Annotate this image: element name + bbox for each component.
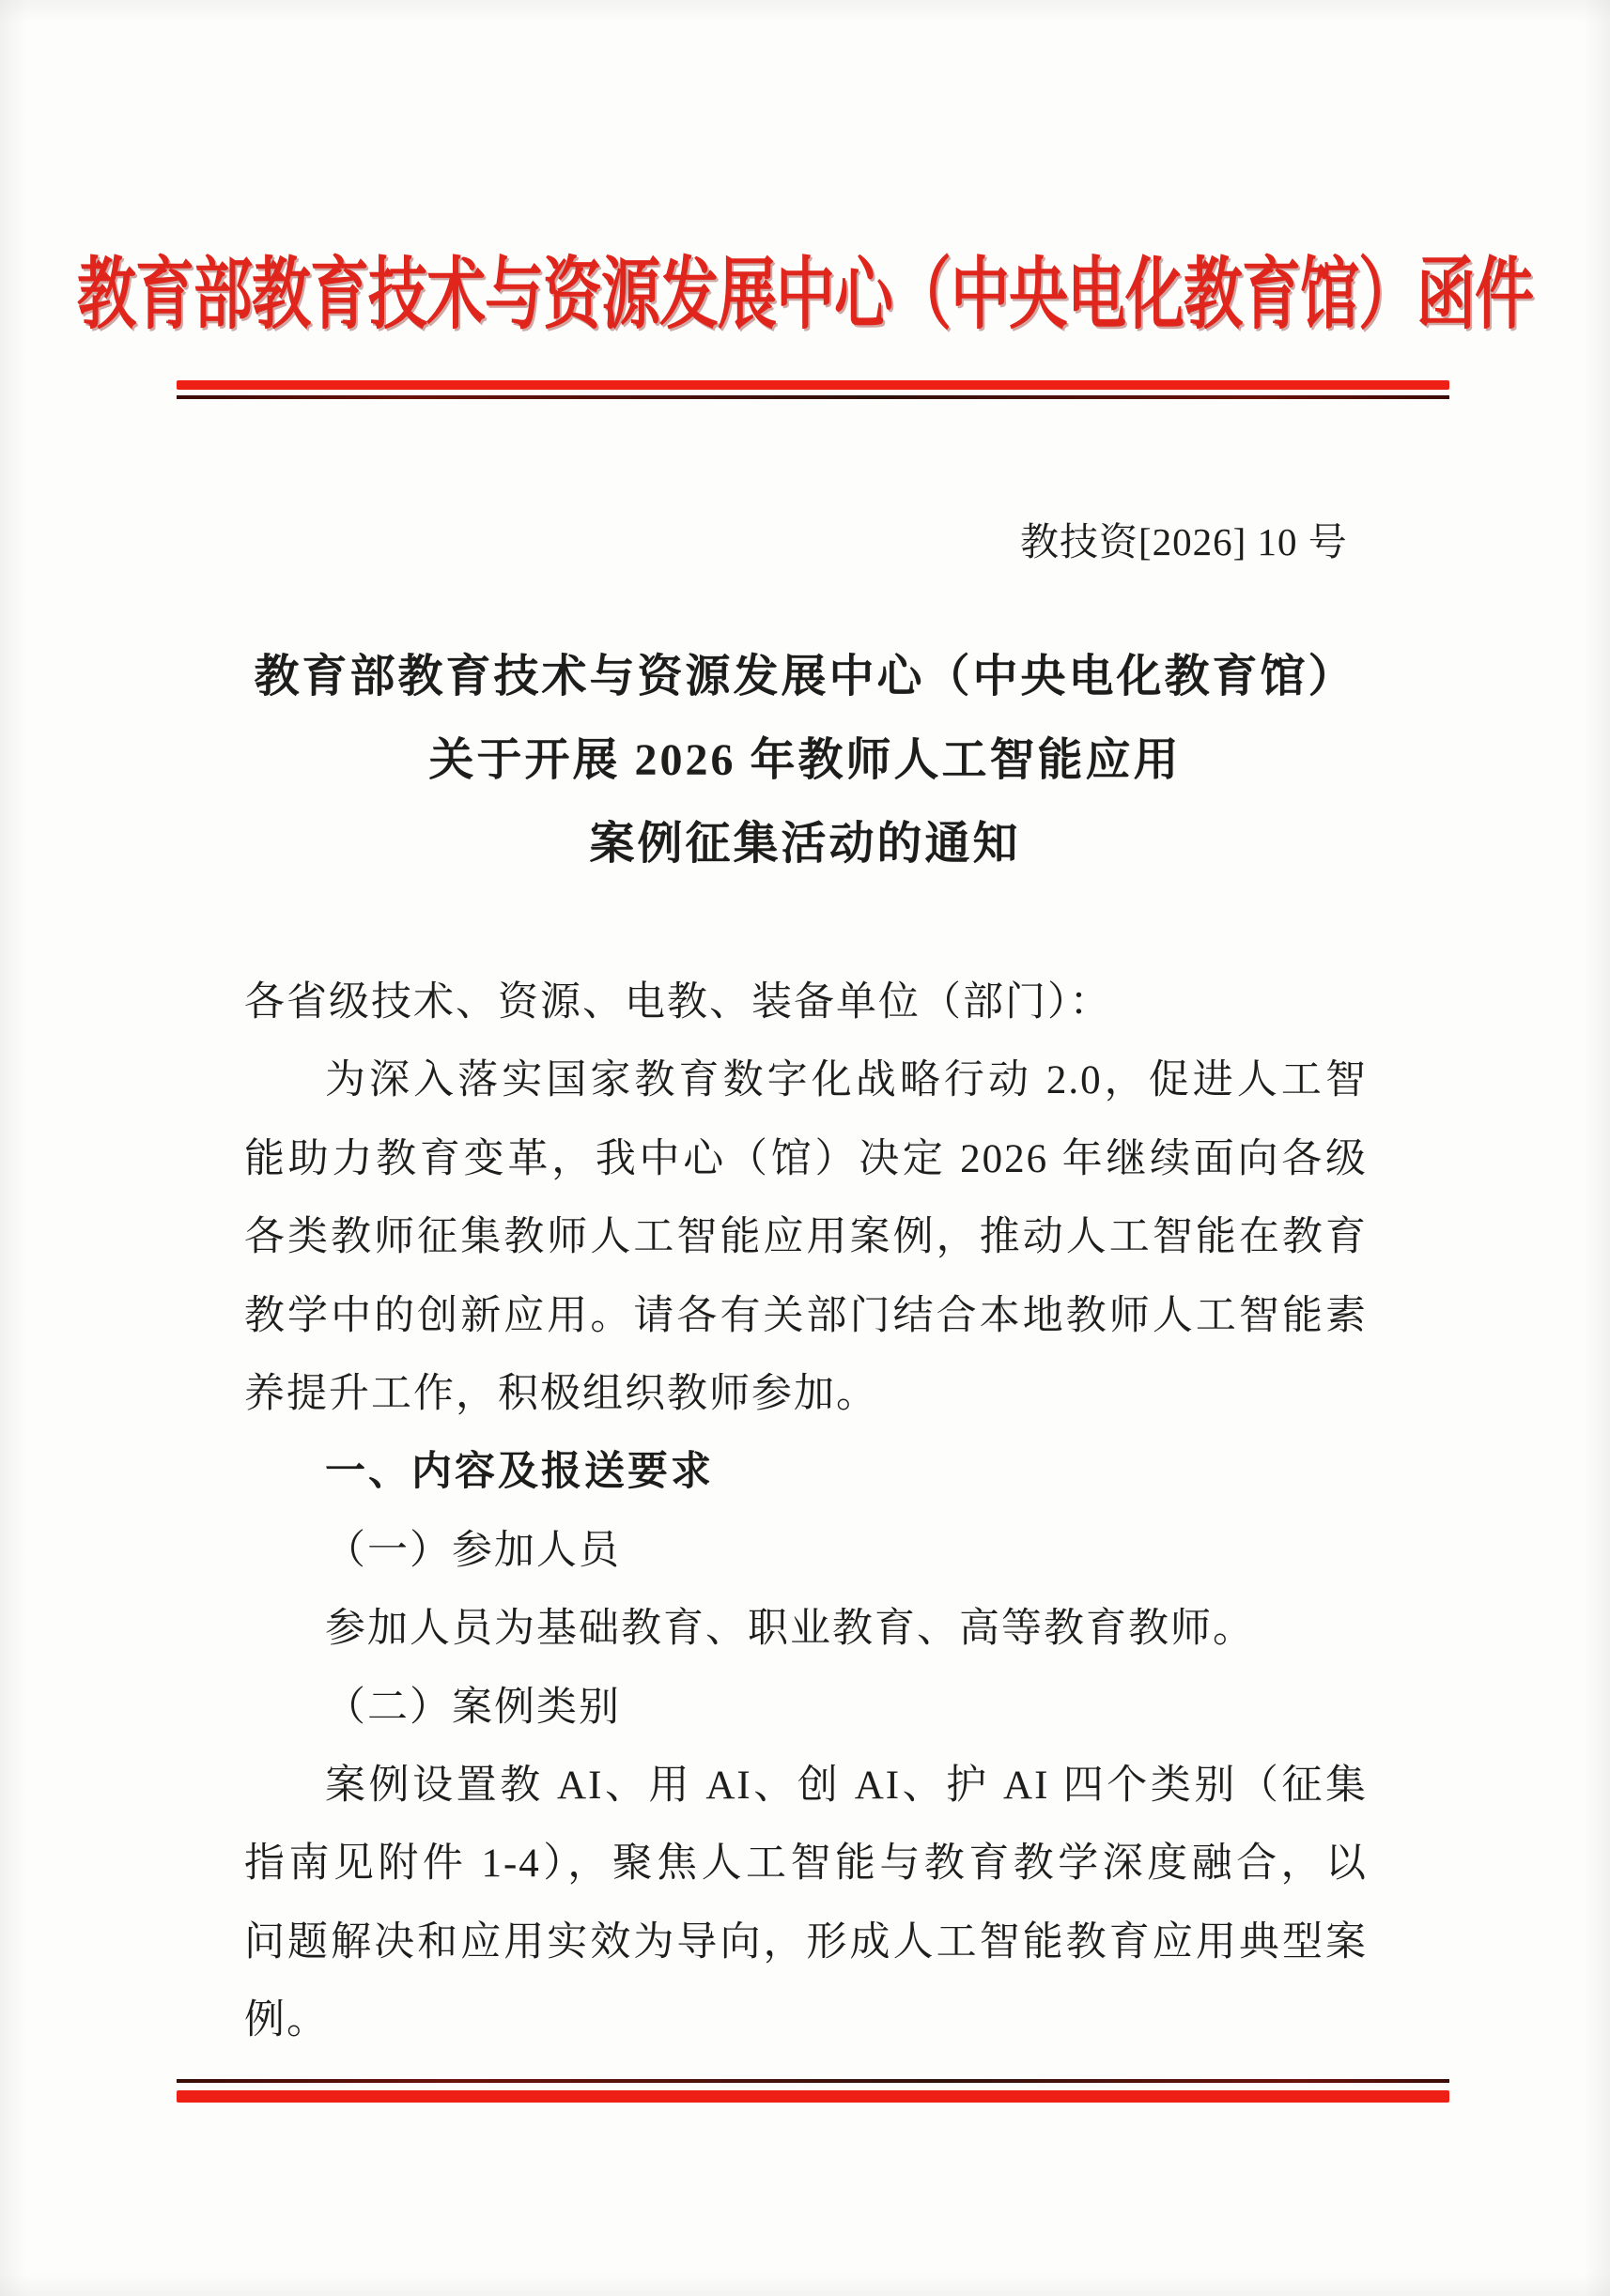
section-heading: 一、内容及报送要求 <box>244 1433 1368 1511</box>
document-title: 教育部教育技术与资源发展中心（中央电化教育馆） 关于开展 2026 年教师人工智… <box>0 635 1610 886</box>
body-line: 各类教师征集教师人工智能应用案例，推动人工智能在教育 <box>244 1198 1368 1276</box>
body-line: 为深入落实国家教育数字化战略行动 2.0，促进人工智 <box>244 1041 1368 1119</box>
footer-rule-thick <box>177 2090 1449 2103</box>
document-number: 教技资[2026] 10 号 <box>1020 511 1348 566</box>
letterhead-rule-thin <box>177 395 1449 399</box>
letterhead-title: 教育部教育技术与资源发展中心（中央电化教育馆）函件 <box>0 231 1610 345</box>
body-line: 各省级技术、资源、电教、装备单位（部门）： <box>244 963 1368 1041</box>
body-line: 参加人员为基础教育、职业教育、高等教育教师。 <box>244 1590 1368 1668</box>
body-line: 能助力教育变革，我中心（馆）决定 2026 年继续面向各级 <box>244 1120 1368 1198</box>
document-title-line-1: 教育部教育技术与资源发展中心（中央电化教育馆） <box>0 635 1610 718</box>
body-line: 例。 <box>244 1981 1368 2059</box>
body-line: （一）参加人员 <box>244 1512 1368 1590</box>
document-page: 教育部教育技术与资源发展中心（中央电化教育馆）函件 教技资[2026] 10 号… <box>0 0 1610 2296</box>
document-title-line-3: 案例征集活动的通知 <box>0 802 1610 886</box>
footer-rule-thin <box>177 2079 1449 2083</box>
body-text: 各省级技术、资源、电教、装备单位（部门）：为深入落实国家教育数字化战略行动 2.… <box>244 963 1368 2060</box>
body-line: （二）案例类别 <box>244 1669 1368 1747</box>
letterhead-rule-thick <box>177 380 1449 390</box>
body-line: 指南见附件 1-4），聚焦人工智能与教育教学深度融合，以 <box>244 1825 1368 1903</box>
body-line: 教学中的创新应用。请各有关部门结合本地教师人工智能素 <box>244 1277 1368 1355</box>
body-line: 问题解决和应用实效为导向，形成人工智能教育应用典型案 <box>244 1903 1368 1981</box>
body-line: 案例设置教 AI、用 AI、创 AI、护 AI 四个类别（征集 <box>244 1747 1368 1825</box>
body-line: 养提升工作，积极组织教师参加。 <box>244 1355 1368 1433</box>
document-title-line-2: 关于开展 2026 年教师人工智能应用 <box>0 718 1610 802</box>
